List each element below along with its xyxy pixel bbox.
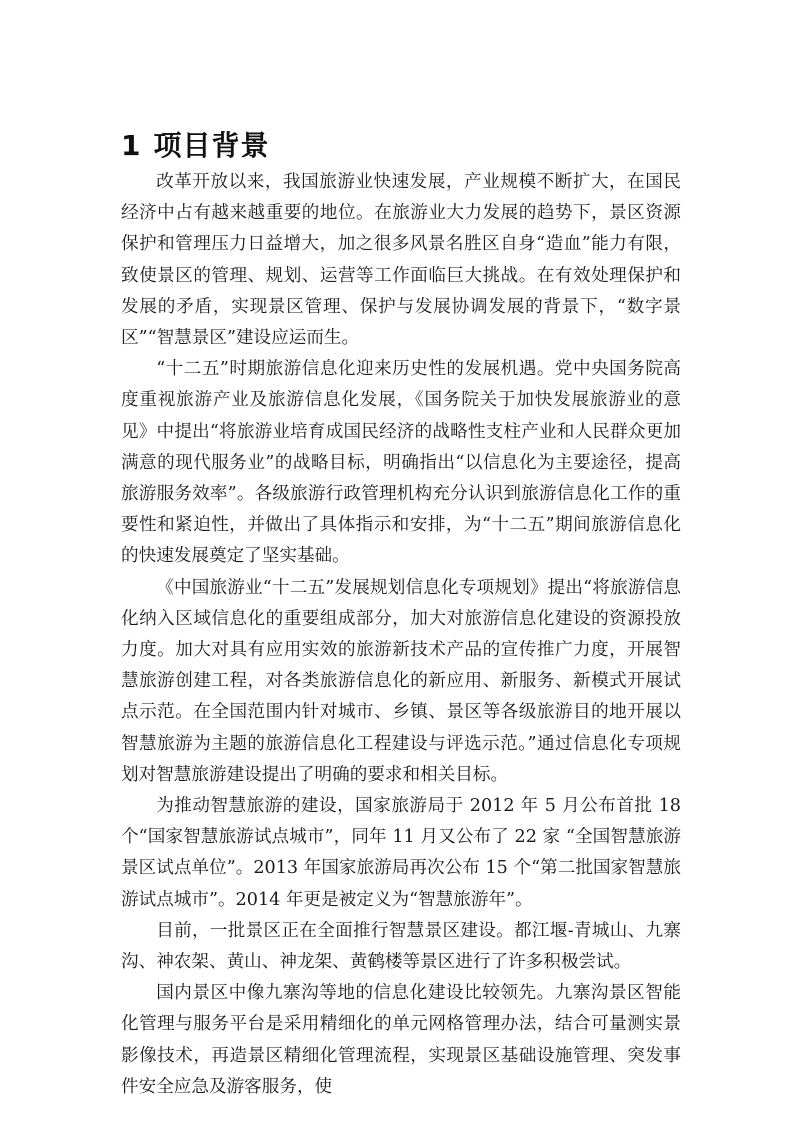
paragraph: 目前，一批景区正在全面推行智慧景区建设。都江堰-青城山、九寨沟、神农架、黄山、神…: [121, 916, 681, 978]
paragraph: 国内景区中像九寨沟等地的信息化建设比较领先。九寨沟景区智能化管理与服务平台是采用…: [121, 978, 681, 1103]
section-heading: 1项目背景: [121, 124, 270, 164]
section-number: 1: [121, 129, 141, 162]
paragraph: 为推动智慧旅游的建设，国家旅游局于 2012 年 5 月公布首批 18 个“国家…: [121, 791, 681, 916]
paragraph: 改革开放以来，我国旅游业快速发展，产业规模不断扩大，在国民经济中占有越来越重要的…: [121, 167, 681, 354]
section-title: 项目背景: [153, 129, 269, 162]
paragraph: 《中国旅游业“十二五”发展规划信息化专项规划》提出“将旅游信息化纳入区域信息化的…: [121, 573, 681, 791]
paragraph: “十二五”时期旅游信息化迎来历史性的发展机遇。党中央国务院高度重视旅游产业及旅游…: [121, 354, 681, 572]
document-page: 1项目背景 改革开放以来，我国旅游业快速发展，产业规模不断扩大，在国民经济中占有…: [0, 0, 793, 1122]
document-body: 改革开放以来，我国旅游业快速发展，产业规模不断扩大，在国民经济中占有越来越重要的…: [121, 167, 681, 1103]
